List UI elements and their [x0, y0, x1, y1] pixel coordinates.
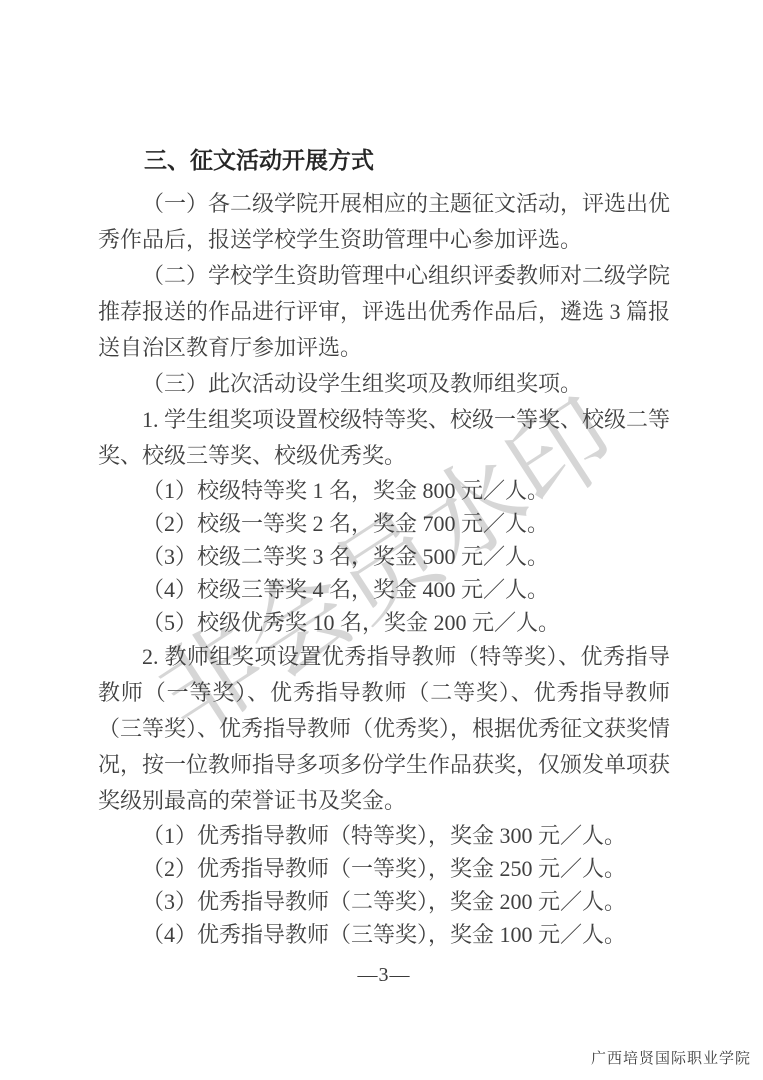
award-line-teacher-4: （4）优秀指导教师（三等奖），奖金 100 元／人。: [98, 918, 670, 951]
page-number: —3—: [98, 964, 670, 987]
section-heading: 三、征文活动开展方式: [98, 140, 670, 180]
award-line-teacher-2: （2）优秀指导教师（一等奖），奖金 250 元／人。: [98, 852, 670, 885]
footer-school-name: 广西培贤国际职业学院: [591, 1047, 751, 1068]
award-line-student-3: （3）校级二等奖 3 名，奖金 500 元／人。: [98, 540, 670, 573]
document-page: 非会员水印 三、征文活动开展方式 （一）各二级学院开展相应的主题征文活动，评选出…: [0, 0, 763, 1080]
paragraph-teacher-awards: 2. 教师组奖项设置优秀指导教师（特等奖）、优秀指导教师（一等奖）、优秀指导教师…: [98, 639, 670, 819]
paragraph-item-1: （一）各二级学院开展相应的主题征文活动，评选出优秀作品后，报送学校学生资助管理中…: [98, 186, 670, 258]
award-line-student-5: （5）校级优秀奖 10 名，奖金 200 元／人。: [98, 606, 670, 639]
paragraph-student-awards: 1. 学生组奖项设置校级特等奖、校级一等奖、校级二等奖、校级三等奖、校级优秀奖。: [98, 402, 670, 474]
award-line-teacher-1: （1）优秀指导教师（特等奖），奖金 300 元／人。: [98, 819, 670, 852]
paragraph-item-2: （二）学校学生资助管理中心组织评委教师对二级学院推荐报送的作品进行评审，评选出优…: [98, 258, 670, 366]
document-body: 三、征文活动开展方式 （一）各二级学院开展相应的主题征文活动，评选出优秀作品后，…: [98, 140, 670, 951]
award-line-student-4: （4）校级三等奖 4 名，奖金 400 元／人。: [98, 573, 670, 606]
paragraph-item-3: （三）此次活动设学生组奖项及教师组奖项。: [98, 366, 670, 402]
award-line-teacher-3: （3）优秀指导教师（二等奖），奖金 200 元／人。: [98, 885, 670, 918]
award-line-student-1: （1）校级特等奖 1 名，奖金 800 元／人。: [98, 474, 670, 507]
award-line-student-2: （2）校级一等奖 2 名，奖金 700 元／人。: [98, 507, 670, 540]
